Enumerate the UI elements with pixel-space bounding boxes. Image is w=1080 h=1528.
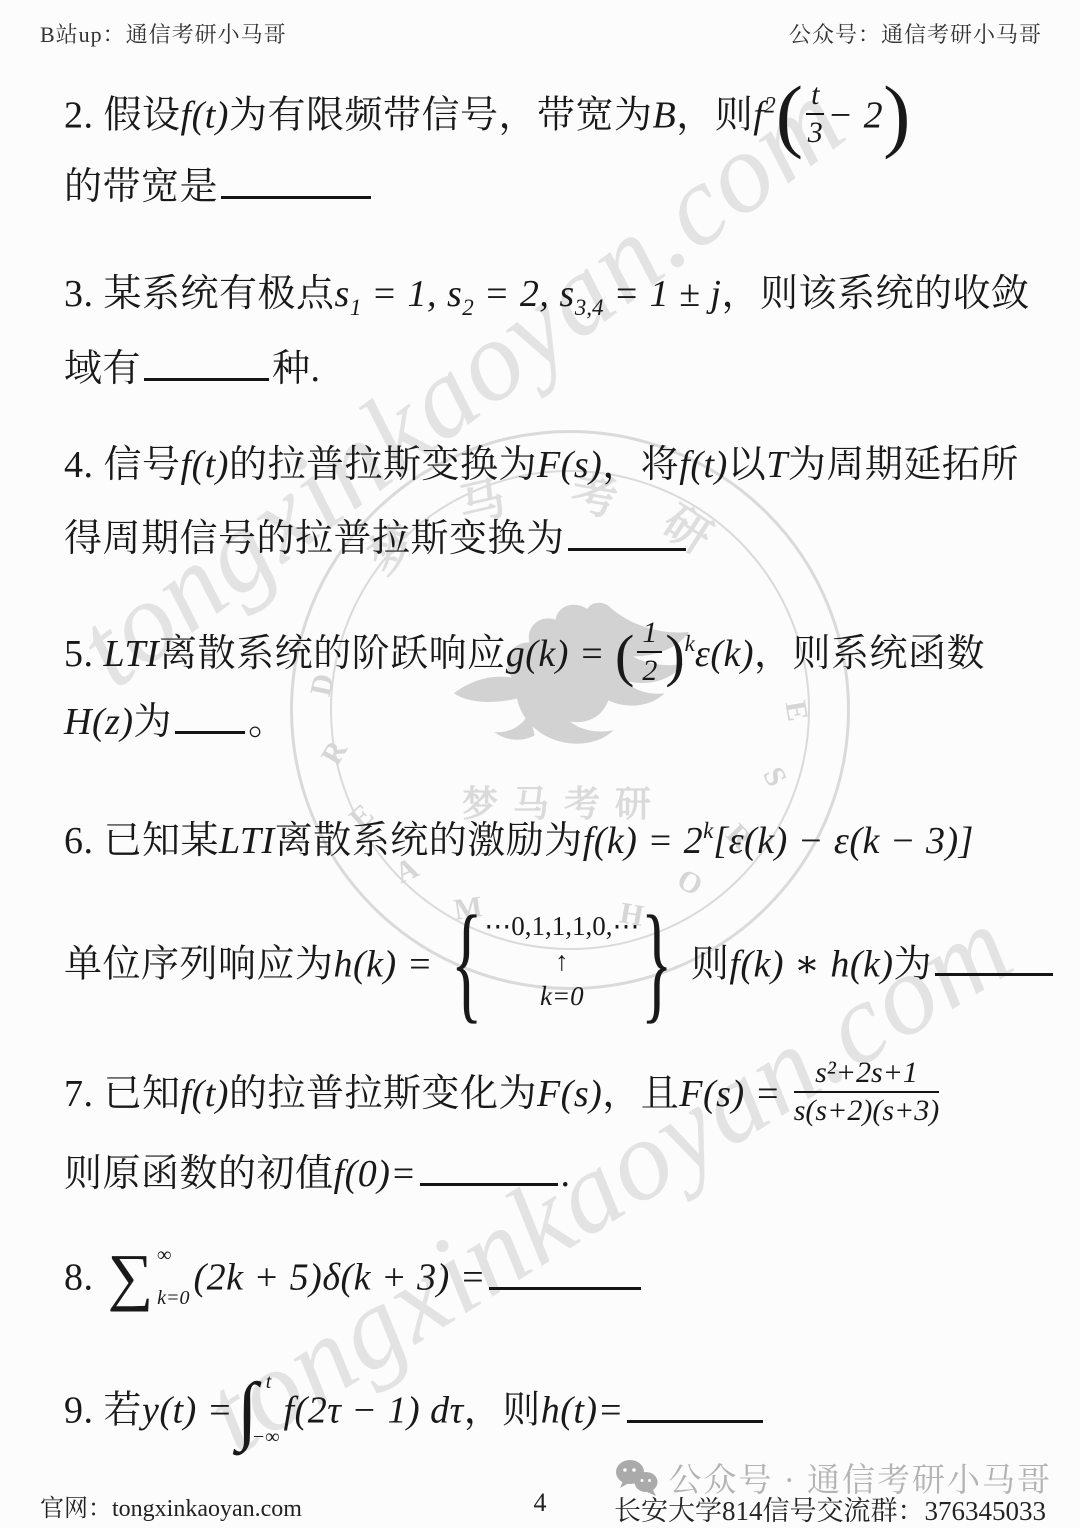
fraction: t3 [806,79,824,150]
math-run: [ε(k) − ε(k − 3)] [713,820,974,862]
blank-line [935,943,1053,976]
text-run: 离散系统的阶跃响应 [159,633,506,675]
fraction: 12 [637,617,662,688]
math-run: f(t) [181,444,229,486]
denominator: 3 [806,115,824,149]
blank-line [175,701,245,734]
question-2-line-2: 的带宽是 [64,165,374,209]
sequence-stack: {⋯0,1,1,1,0,⋯↑k=0} [435,899,689,1024]
math-run: f(2τ − 1) dτ [283,1390,463,1432]
text-run: 的拉普拉斯变化为 [229,1073,537,1115]
text-run: 为有限频带信号，带宽为 [229,95,653,137]
text-run: 为周期延拓所 [788,444,1019,486]
math-run: F(s) = [679,1073,790,1115]
text-run: 得周期信号的拉普拉斯变换为 [64,518,565,560]
header-left: B站up：通信考研小马哥 [40,18,287,49]
math-run: h(k) = [334,943,433,985]
big-paren: ) [883,76,910,154]
text-run: 2. 假设 [64,95,181,137]
blank-line [144,348,269,381]
math-run: s [335,273,350,315]
math-run: − 2 [827,95,883,137]
question-4-line-2: 得周期信号的拉普拉斯变换为 [64,517,689,561]
text-run: 9. 若 [64,1390,142,1432]
text-run: 为 [894,943,933,985]
math-run: f(t) [181,95,229,137]
blank-line [489,1257,641,1290]
numerator: t [806,79,824,115]
text-run: 7. 已知 [64,1073,181,1115]
origin-arrow: ↑ [555,944,569,979]
text-run: 为 [134,701,173,743]
math-run: h(t)= [541,1390,624,1432]
subscript: 1 [350,295,362,320]
text-run: 的拉普拉斯变换为 [229,444,537,486]
question-6-line-2: 单位序列响应为h(k) ={⋯0,1,1,1,0,⋯↑k=0}则f(k) ∗ h… [64,905,1056,1030]
footer-website: 官网：tongxinkaoyan.com [40,1488,302,1523]
sequence-values: ⋯0,1,1,1,0,⋯ [484,909,639,944]
subscript: 3,4 [575,295,604,320]
question-9-line-1: 9. 若y(t) =∫t−∞f(2τ − 1) dτ，则h(t)= [64,1375,766,1453]
math-run: y(t) = [142,1390,233,1432]
text-run: 域有 [64,348,141,390]
text-run: 种. [272,348,321,390]
text-run: 以 [728,444,767,486]
wechat-icon [615,1459,659,1497]
math-run: = 1, s [361,273,462,315]
blank-line [420,1153,558,1186]
header-right: 公众号：通信考研小马哥 [789,18,1042,49]
text-run: 则原函数的初值 [64,1153,334,1195]
big-paren: ( [776,76,803,154]
blank-line [568,518,686,551]
text-run: 6. 已知某 [64,820,219,862]
math-run: f(0)= [334,1153,417,1195]
sum-lower-limit: k=0 [157,1287,189,1310]
sigma-symbol: ∑ [108,1245,154,1309]
question-7-line-1: 7. 已知f(t)的拉普拉斯变化为F(s)，且F(s) = s²+2s+1s(s… [64,1062,942,1133]
numerator: 1 [637,617,662,653]
text-run: 4. 信号 [64,444,181,486]
subscript: 2 [462,295,474,320]
math-run: f(t) [679,444,727,486]
math-run: H(z) [64,701,134,743]
numerator: s²+2s+1 [794,1057,939,1093]
wechat-watermark: 公众号 · 通信考研小马哥 [615,1454,1053,1501]
question-5-line-2: H(z)为。 [64,700,287,744]
text-run: 则 [691,943,730,985]
text-run: ，则 [676,95,753,137]
big-paren: ( [615,628,634,683]
math-run: F(s) [537,1073,602,1115]
blank-line [221,166,371,199]
text-run: 的带宽是 [64,166,218,208]
math-run: f [753,95,764,137]
left-brace: { [451,899,483,1024]
sum-upper-limit: ∞ [157,1244,189,1267]
text-run: 5. [64,633,104,675]
summation: ∑∞k=0 [108,1244,190,1310]
superscript: k [703,818,713,843]
text-run: 。 [248,701,287,743]
text-run: 8. [64,1257,104,1299]
text-run: 离散系统的激励为 [275,820,583,862]
big-paren: ) [665,628,684,683]
math-run: f(k) = 2 [583,820,703,862]
math-run: g(k) = [506,633,615,675]
superscript: k [685,631,695,656]
superscript: 2 [764,93,776,118]
text-run: ，则系统函数 [754,633,985,675]
math-run: = 2, s [474,273,575,315]
math-run: = 1 ± j [603,273,721,315]
question-4-line-1: 4. 信号f(t)的拉普拉斯变换为F(s)，将f(t)以T为周期延拓所 [64,443,1019,487]
text-run: ，则 [464,1390,541,1432]
integral-lower-limit: −∞ [252,1426,280,1449]
text-run: ，将 [602,444,679,486]
question-7-line-2: 则原函数的初值f(0)=. [64,1152,571,1196]
math-run: LTI [104,633,160,675]
fraction: s²+2s+1s(s+2)(s+3) [794,1057,939,1128]
text-run: 单位序列响应为 [64,943,334,985]
question-2-line-1: 2. 假设f(t)为有限频带信号，带宽为B，则f2(t3− 2) [64,80,910,158]
math-run: f(k) ∗ h(k) [729,943,893,985]
blank-line [627,1390,763,1423]
math-run: F(s) [537,444,602,486]
origin-label: k=0 [540,979,584,1014]
denominator: 2 [637,653,662,687]
text-run: ，则该系统的收敛 [722,273,1030,315]
math-run: T [766,444,788,486]
math-run: ε(k) [695,633,754,675]
denominator: s(s+2)(s+3) [794,1093,939,1127]
text-run: ，且 [602,1073,679,1115]
text-run: 3. 某系统有极点 [64,273,335,315]
right-brace: } [641,899,673,1024]
math-run: LTI [219,820,275,862]
integral-upper-limit: t [266,1371,280,1394]
math-run: (2k + 5)δ(k + 3) = [194,1257,486,1299]
question-5-line-1: 5. LTI离散系统的阶跃响应g(k) = (12)kε(k)，则系统函数 [64,622,985,693]
page-number: 4 [534,1488,547,1518]
text-run: . [561,1153,571,1195]
question-6-line-1: 6. 已知某LTI离散系统的激励为f(k) = 2k[ε(k) − ε(k − … [64,818,974,863]
math-run: f(t) [181,1073,229,1115]
wechat-watermark-text: 公众号 · 通信考研小马哥 [669,1454,1053,1501]
question-8-line-1: 8. ∑∞k=0(2k + 5)δ(k + 3) = [64,1248,644,1314]
question-3-line-2: 域有种. [64,347,321,391]
integral: ∫t−∞ [237,1371,280,1449]
question-3-line-1: 3. 某系统有极点s1 = 1, s2 = 2, s3,4 = 1 ± j，则该… [64,272,1030,322]
math-run: B [652,95,676,137]
